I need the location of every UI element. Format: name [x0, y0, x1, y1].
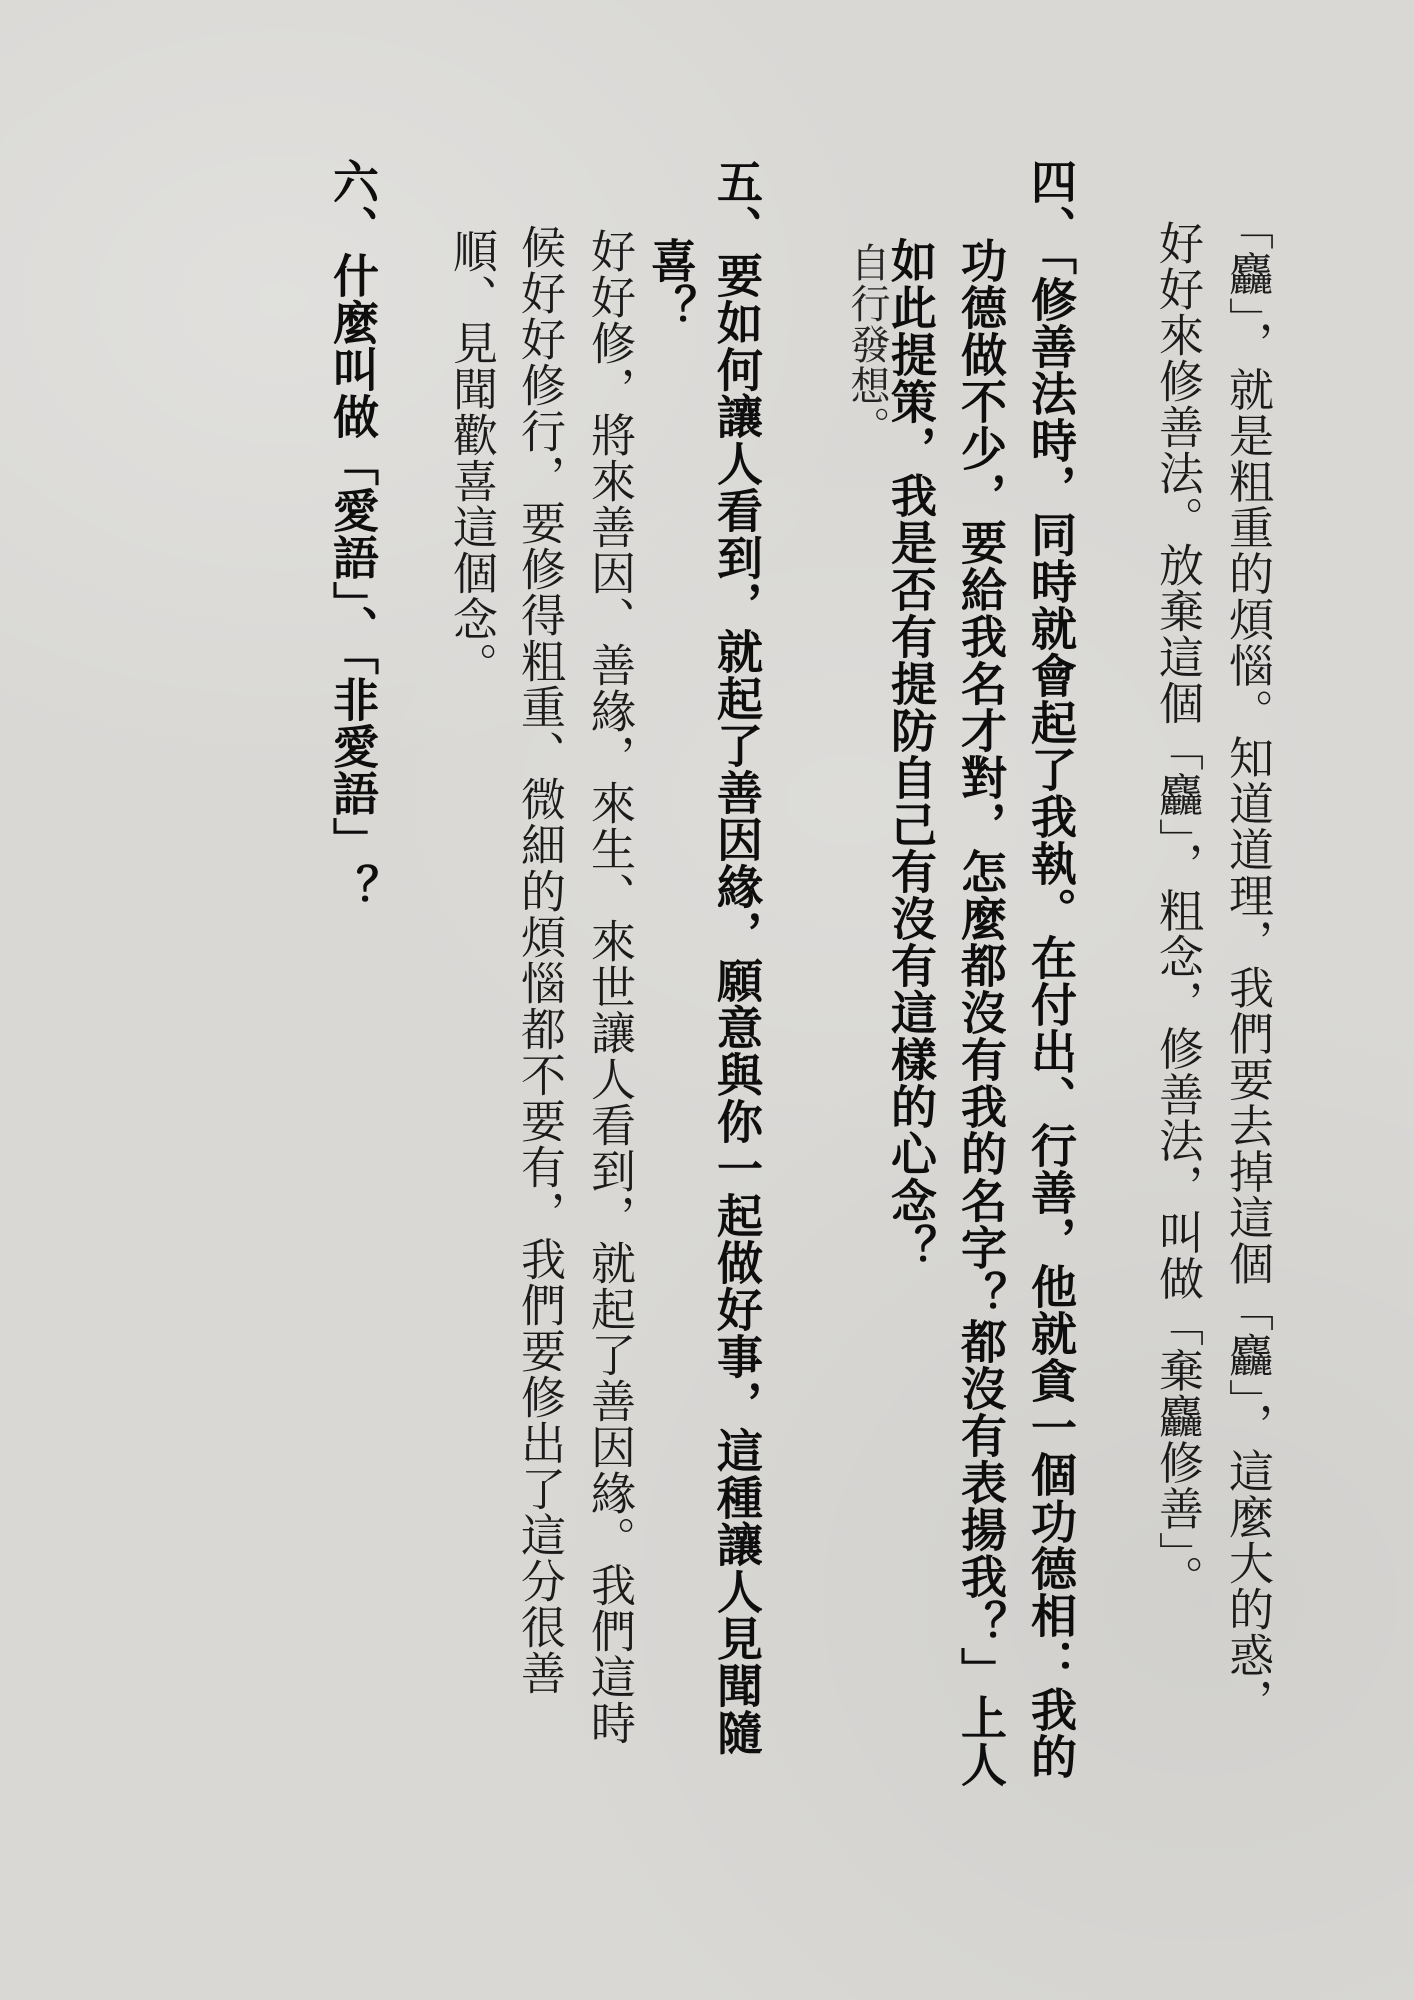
item5-question-line-2: 喜？ — [646, 237, 696, 331]
book-page: 「麤」，就是粗重的煩惱。知道道理，我們要去掉這個「麤」，這麼大的惑， 好好來修善… — [0, 0, 1414, 2000]
item5-question-line-1: 五、要如何讓人看到，就起了善因緣，願意與你一起做好事，這種讓人見聞隨 — [712, 158, 762, 1756]
intro-continuation-line-1: 「麤」，就是粗重的煩惱。知道道理，我們要去掉這個「麤」，這麼大的惑， — [1222, 205, 1272, 1724]
item5-answer-line-2: 候好好修行，要修得粗重、微細的煩惱都不要有，我們要修出了這分很善 — [514, 224, 564, 1696]
item5-answer-line-3: 順、見聞歡喜這個念。 — [446, 228, 496, 688]
item4-question-line-1: 四、「修善法時，同時就會起了我執。在付出、行善，他就貪一個功德相：我的 — [1026, 158, 1076, 1780]
item5-answer-line-1: 好好修，將來善因、善緣，來生、來世讓人看到，就起了善因緣。我們這時 — [584, 228, 634, 1746]
item4-answer: 自行發想。 — [845, 242, 889, 447]
item4-question-line-2: 功德做不少，要給我名才對，怎麼都沒有我的名字？都沒有表揚我？」上人 — [956, 237, 1006, 1788]
item4-question-line-3: 如此提策，我是否有提防自己有沒有這樣的心念？ — [886, 237, 936, 1271]
item6-question: 六、什麼叫做「愛語」、「非愛語」？ — [328, 158, 378, 911]
intro-continuation-line-2: 好好來修善法。放棄這個「麤」，粗念，修善法，叫做「棄麤修善」。 — [1152, 220, 1202, 1601]
